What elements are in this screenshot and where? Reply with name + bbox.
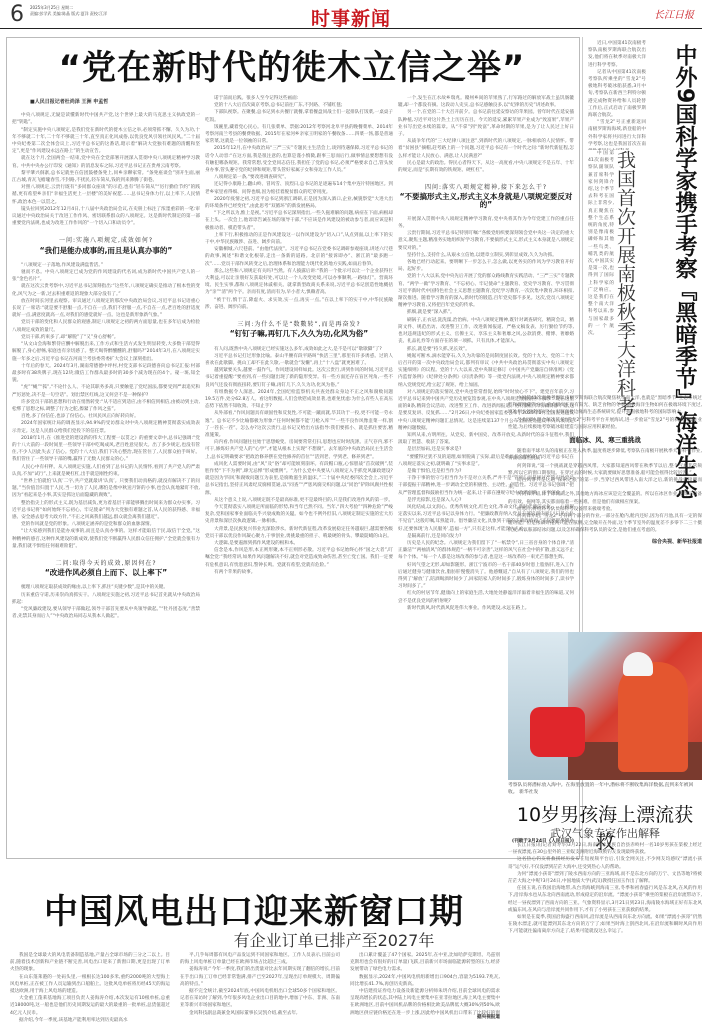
section-3-heading: “钉钉子嘛,再钉几下,久久为功,化风为俗” [205,330,393,337]
antarctic-body: 中国第41次南极考察队南极罗斯海联合航次聚焦秋季南大洋,也就是“黑暗季节”生态系… [508,395,702,627]
paragraph: 抓长,就是要“持久抓,见长效”。 [398,346,574,353]
paragraph: 党的十八大后首次离京考察,总书记前往广东,不封路、不铺红毯; [205,102,393,109]
paragraph: 就在这次云贵考察中,习近平总书记深刻指出:“这些年,八项规定确实是推动了根本性的… [12,283,200,297]
paragraph: “虎”“蝇”“狐”,“不论什么人、不论其职务多高,只要触犯了党纪国法,都要受到严… [12,384,200,398]
paragraph: 平,几乎每周都有风电产品发运到不同国家和地区。工作人员表示,目前公司的海上风电单… [180,952,340,966]
paragraph: 党的作风就是党的形象。八项规定涵养的是党和群众的血脉深情。 [12,521,200,528]
paragraph: 各地已经行动起来。要明晰下一步怎么干,怎么做,以更务实的作风为学习教育开好局、起… [398,259,574,273]
paragraph: 党的十八大以来,党中央先后开展了党的群众路线教育实践活动、“三严三实”专题教育、… [398,273,574,309]
paragraph: 还记得小康路上,翻山岭、冒风雪、顶烈日,总书记的足迹遍布14个集中连片特困地区。… [205,181,393,195]
paragraph: 对照八项规定,云贵行既有“多同群众座谈”的示范,也有“轻车简从”“厉行勤俭节约”… [12,184,200,206]
paragraph: 据介绍,今年一季度,该基地产能利用率达到历史最高水 [10,1017,170,1024]
photo-researcher [618,662,688,772]
paragraph: 在山东蓬莱港的一处码头里,一根根长达100多米,重约2000吨的大型海上风电单桩… [10,974,170,996]
section-title: 时事新闻 [0,4,702,31]
paragraph: “从文山会海和繁待应酬中解脱出来,工作方式和生活方式发生明显转变,大多数干部觉得… [12,341,200,363]
paragraph: 据不完全统计,截至2024年底,中国风电机组出口全球50多个国家和地区。记者在采… [180,988,340,1010]
paragraph: 从外部看,“作风问题具有顽固性和反复性,不可能一蹴而就,毕其功于一役,更不可能一… [205,410,393,439]
paragraph: 出口累计覆盖了47个国家。2025年,在中亚,比如哈萨克斯坦、乌兹别克斯坦也会有… [350,952,500,974]
paragraph: 今天贯彻落实八项规定所面临的形势,和当年已然不同。当年,“四大考验”“四种危险”… [205,504,393,526]
wind-credit: 据央视报道 [350,1014,500,1021]
paragraph: 与此同时,联合航次依托“雪龙2”号科考平台开展海试,进一步验证“雪龙2”号的秋季… [508,417,702,431]
paragraph: 十年后的春天。2024年3月,湖南常德德中坪村,村党支部书记段德喜向总书记汇报:… [12,363,200,385]
paragraph: 姜海涛说:“今年一季度,我们的出货量对比去年同期实现了翻倍的增长,目前在手出口海… [180,966,340,988]
photo-sea [508,632,568,780]
newspaper-logo: 长江日报 [654,6,694,21]
paragraph: 开展深入贯彻中央八项规定精神学习教育,党中央将其作为今年党建工作的重点任务。 [398,216,574,230]
paragraph: 黎平肇兴侗寨,总书记就坐在信团鼓楼条凳上,同乡亲聊家常。“条凳座谈会”别开生面,… [12,170,200,184]
paragraph: 中央八项规定,无疑是读懂新时代中国共产党,这个世界上最大的马克思主义执政党的一把… [12,112,200,126]
antarctic-photo [508,632,702,780]
paragraph: 百姓,多了份信任,也添了份信心。社风民风正向好转向好。 [12,413,200,420]
paragraph: 放在时间长河里去观察。审议通过八项规定的那次中央政治局会议,习近平总书记语重心长… [12,298,200,320]
photo-caption: 考察队员将潜标放入海中。在海里放置的一年中,潜标将不断收集海洋数据,直到来年被回… [508,782,702,796]
paragraph: 记者从中国第41次南极考察队所乘坐的“雪龙2”号极地科考破冰船获悉,3月中旬,考… [588,69,646,119]
paragraph: 坚持什么,支持什么,从艰永立信始,以建章立制实,到彰显成效,久久为功抓。 [398,252,574,259]
section-3-question: 三问:为什么不是“数數转”,而是再奋发? [205,321,393,328]
paragraph: 长江日报讯(记者刘寿华)3月22日,海南陵水黎族自治县赤岭村一名10岁男孩在桨板… [508,842,702,856]
paragraph: 越到紧要关头,越要一鼓作气。作风建设同样如此。这次云贵行,讲到作风的时间,习近平… [205,367,393,389]
wind-subheadline: 有企业订单已排产至2027年 [80,928,588,951]
section-4-question: 四问:落实八项规定精神,接下来怎么干? [398,184,574,191]
byline: ■人民日报记者杜尚泽 王洲 申孟哲 [30,99,200,106]
paragraph: 中信建投证券电力设备及新能源分析师朱玥介绍,目前全球风电的需求呈现高增长的状态,… [350,988,500,1016]
paragraph: 民心是最大的政治。得民心者得天下。从这一高度看,中央八项规定不是五年、十年的规定… [398,160,574,174]
section-2-question: 二问:取得今天的成效,原因何在? [12,560,200,567]
photo-buoy [530,707,585,757]
main-article-column-1: ■人民日报记者杜尚泽 王洲 申孟哲 中央八项规定,无疑是读懂新时代中国共产党,这… [12,95,200,850]
paragraph: 有组数据令人深思。2024年,全国纪检监察机关共查处群众身边不正之风和腐败问题1… [205,389,393,411]
paragraph: 人民心中有杆秤。从八项规定实施,人们看到了总书记的人民情怀,看到了共产党人的严肃… [12,464,200,478]
paragraph: 大逻辑,是要遏源到抓作风建设的根和本。 [205,540,393,547]
antarctic-narrow-column: 中国第41次南极考察队副领队兼首席科学家何剑锋介绍,这个季节去科考在国际上非常少… [588,150,614,410]
paragraph: 整治指尖上的形式主义,既为基层减负,更为着基层干部能够腾出时间来为群众办实事。习… [12,500,200,522]
paragraph: 党员干部,约束多了,却“解脱”了“又”身心舒畅”。 [12,334,200,341]
paragraph: “下之所以为,惟上是视。”习近平总书记深刻指出,一些久拖难解的问题,病症在下面,… [205,210,393,232]
paragraph: 而寒冷,将给科考队员和科考设备带来极端考验。 [508,506,702,513]
paragraph: 金风科技副总裁兼金风国际董事长吴凯介绍,截至去年, [180,1010,340,1017]
paragraph: “八项规定一子落地,作风建设满盘皆活。” [12,262,200,269]
paragraph: 就在这个月,全国两会一结束,党中央在全党部署开展深入贯彻中央八项规定精神学习教育… [12,155,200,169]
paragraph: 2018年1月,在《推进党的建设新的伟大工程要一以贯之》的重要文章中,总书记强调… [12,435,200,464]
paragraph: 中国第41次南极考察队副领队兼首席科学家何剑锋介绍,这个季节去科考在国际上非常少… [588,150,614,337]
paragraph: 这名热心钓友将救援经历发布在短视频平台后,引发全网关注,不少网友均感叹“漂流小孩… [508,856,702,870]
paragraph: 从这个意义上说,八项规定既不是最高标准,更不是最终目的,只是我们改进作风的第一步… [205,497,393,504]
paragraph: 大背景,是民族复兴伟业光深险涉水。新时代新征程,改革发展稳定任务越艰巨,越需要各… [205,526,393,540]
paragraph: 安徽桐城,六尺巷前。“由他代法度”。习近平总书记在党委书记调研参观座谈,讲述六尺… [205,246,393,268]
wind-column-1: 我国是全球最大的风电装备制造基地,产量占全球市场的三分之二以上。目前,随着技术创… [10,952,170,1024]
paragraph: “党风廉政建设,要从领导干部做起,领导干部首先要从中央领导做起。”“牡丹团态度,… [12,606,200,620]
paragraph: 任国玉说,在我国沿海地带,从台湾海峡到海南三亚,冬季和初春盛行风是东北风,在风的… [508,885,702,914]
masthead: 6 2025年3月25日 星期二 责编:彭学武 美编:陈晶 版式:夏洋 责校:江… [0,0,702,29]
paragraph: 2024年国家统计局的调查显示,94.9%的受访群众对中央八项规定精神贯彻落实成… [12,420,200,434]
paragraph: “制定实施中央八项规定,是我们党在新时代的徙木立信之举,必须常抓不懈、久久为功,… [12,127,200,156]
paragraph: 大金重工蓬莱基地海工项目负责人姜海涛介绍,本次发运有10根单桩,总重近18000… [10,995,170,1017]
paragraph: 历来重信守诺,历来崇尚真抓实干。八项规定实施之初,习近平总书记首先就从中央政治局… [12,592,200,606]
antarctic-intro-column: 近日,中国第41次南极考察队南极罗斯海联合航次出发,他们将在秋季对南极大洋进行科… [588,40,646,150]
paragraph: 中国第41次南极考察队南极罗斯海联合航次聚焦秋季南大洋,也就是“黑暗季节”生态系… [508,395,702,417]
paragraph: 下部队视察。在聚餐,总书记到永兵餐厅就餐,拿着餐盘同战士们一起排队打饭菜,一桌桌… [205,109,393,123]
main-article-column-2: 诺于前而后践。很多人至今记得这些画面: 党的十八大后首次离京考察,总书记前往广东… [205,95,393,850]
paragraph: 诺于前而后践。很多人至今记得这些画面: [205,95,393,102]
paragraph: 何剑锋介绍,“雪龙2”号有两个部分的作业,一部分在舱内,舱内还好,因为有月池,具… [508,513,702,535]
main-headline: “党在新时代的徙木立信之举” [6,40,578,89]
paragraph: 2020年疫情之初,习近平总书记到浙江调研,正是因为深入酒口,企业,械貌察觉“大… [205,196,393,210]
wind-column-3: 出口累计覆盖了47个国家。2025年,在中亚,比如哈萨克斯坦、乌兹别克斯坦也会有… [350,952,500,1016]
section-1-question: 一问:实施八项规定,成效如何? [12,237,200,244]
paragraph: 何剑锋介绍,除了冰间湖之外,其他地方海冰应该是完全覆盖的。所以在冰区作业,要保证… [508,491,702,505]
paragraph: 信念是本,作风是形,本正则形聚,本不正则形必散。习近平总书记始终心怀“国之大者”… [205,547,393,569]
paragraph: 近日,中国第41次南极考察队南极罗斯海联合航次出发,他们将在秋季对南极大洋进行科… [588,40,646,69]
paragraph: 镜头拉回到2012年12月4日,十八届中央政治局会议,在史册上标注了浓墨重彩的一… [12,206,200,228]
paragraph: 饭碗里,藏着党心民心。有几张菜单、票据:2012年考察河北阜平县的晚餐菜单、20… [205,124,393,146]
paragraph: “被于行,慎于言,降虚火、求实效,实一点,再实一点。”在以上率下的实干中,中华民… [205,297,393,311]
paragraph: 从战争年代的“三大纪律八项注意”,到新时代的八项规定,一脉相承的人民情怀。带着“… [398,138,574,160]
paragraph: 成风化人需要时间,由“风”及“俗”却可能顷刻崩坏。有段帽口瓶,心惊胆战“首次破例… [205,461,393,497]
paragraph: 八项规定第一条,“要改进调查研究”。 [205,174,393,181]
paragraph: 有两个苹果的故事。 [205,569,393,576]
paragraph: 而西风带只是这趟“探索之旅”的第一步,当穿过西风带进入南大洋之后,新的挑战将接踵… [508,477,702,491]
section-1-heading: “我们是能办成事的,而且是认真办事的” [12,247,200,254]
antarctic-subheadline: 我国首次开展南极秋季大洋科考 [615,150,635,416]
section-4-heading: “不要搞形式主义,形式主义本身就是八项规定要反对的” [398,193,574,207]
paragraph: 驰而不息。中央八项规定已成为党的作风建设的代名词,成为新时代中国共产党人的一张“… [12,269,200,283]
antarctic-section-2-heading: 面临冰、风、寒三重挑战 [508,437,702,444]
paragraph: 另一个,在党的二十大召开前夕。总书记前往延安察访的苹果园。曾年时代在延安插队种植… [398,109,574,138]
paragraph: 何剑锋说,“第一个挑战就是穿越西风带。大家都知道西风带在秋季节以后,整个气旋非常… [508,463,702,477]
section-2-heading: “改进作风必须自上而下、以上率下” [12,569,200,576]
paragraph: 数据显示,2024年,中国风电机组新增出口904台,容量为5193.7兆瓦,同比… [350,974,500,988]
paragraph: “让大家感到我们是能办成事的,而且是认真办事的。这样才能取信于民,取信于全党。”… [12,528,200,550]
paragraph: 那么,这些和八项规定有关吗?当然。有人披露后讲:“我的一个批示可以让一个企业获得… [205,268,393,297]
paragraph: 绳锯可断木,滴水能穿石,久久为功靠的是问制度固长效。党的十九大、党的二十大后召开… [398,353,574,389]
boy-subheadline: 武汉气象专家作出解释 [508,825,702,841]
paragraph: 习近平总书记打过形象比喻。泰山半腰有段平路叫“快活三里”,那里有许多诱惑。过的人… [205,353,393,367]
paragraph: “雪龙2”号正重新返回南极罗斯海海域,新登船的中外科学家将共同进行大洋科学考察,… [588,119,646,150]
paragraph: 我国是全球最大的风电装备制造基地,产量占全球市场的三分之二以上。目前,随着技术创… [10,952,170,974]
paragraph: 随着南半球尽头的南极正在进入秋季,温度将逐步降低,考察队在南极开展秋季大洋科考作… [508,448,702,462]
paragraph: 为何“漂流小孩哥”漂到了陵水西南方向的三亚海域,而不是东北方向的万宁、文昌等地?… [508,871,702,885]
paragraph: 刷锅子,正衣冠,洗洗澡,治治病。中央八项规定精神,既针对调查研究、精简会议、精简… [398,317,574,346]
antarctic-credit: 综合央视、新华社报道 [508,539,702,546]
paragraph: 云贵行期间,习近平总书记特别叮嘱:“各级党组织要深刻领会党中央这一决定的重大意义… [398,230,574,252]
paragraph: 2015年12月,在中央政治局“三严三实”专题民主生活会上,谈到待遇保障,习近平… [205,145,393,174]
paragraph: 抓细,就是要“深入抓”。 [398,309,574,316]
paragraph: “世界上怕就怕‘认真’二字,共产党就最讲‘认真’。只要我们动真格的,就没有解决不… [12,478,200,500]
paragraph: 向内看,作风问题往往始于思想蜕变。房间要常常打扫,思想也应时时洗涤。正气存内,邪… [205,439,393,461]
paragraph: 上率下行,积极推动的正是作风建设这一以作风建设为“切入口”,从点到面,以上率下的… [205,232,393,246]
paragraph: 许多党员干部的思想和行动在悄然转变:“从不适应到适应,由不相信到相信,由被动到主… [12,399,200,413]
paragraph: 梳理八项规定取获成效的缘由,以上率下,抓住“关键少数”,是其中的关键。 [12,584,200,591]
wind-column-2: 平,几乎每周都有风电产品发运到不同国家和地区。工作人员表示,目前公司的海上风电单… [180,952,340,1024]
photo-helmet [623,652,653,676]
wind-headline: 中国风电出口迎来新窗口期 [0,884,508,933]
paragraph: 一个,发生在江水故乡瑞兆。赣州乡间的苹果熟了,行军路过的解放军战士虽饥肠辘辘,却… [398,95,574,109]
paragraph: 有人问,既然中央八项规定已经实施这么多年,成效如此之大,是不是可以“歇歇脚”了? [205,346,393,353]
paragraph: 党员干部的变化和人民群众的观感,制定八项规定之初的两方面思量,也在多年后成为检验… [12,319,200,333]
